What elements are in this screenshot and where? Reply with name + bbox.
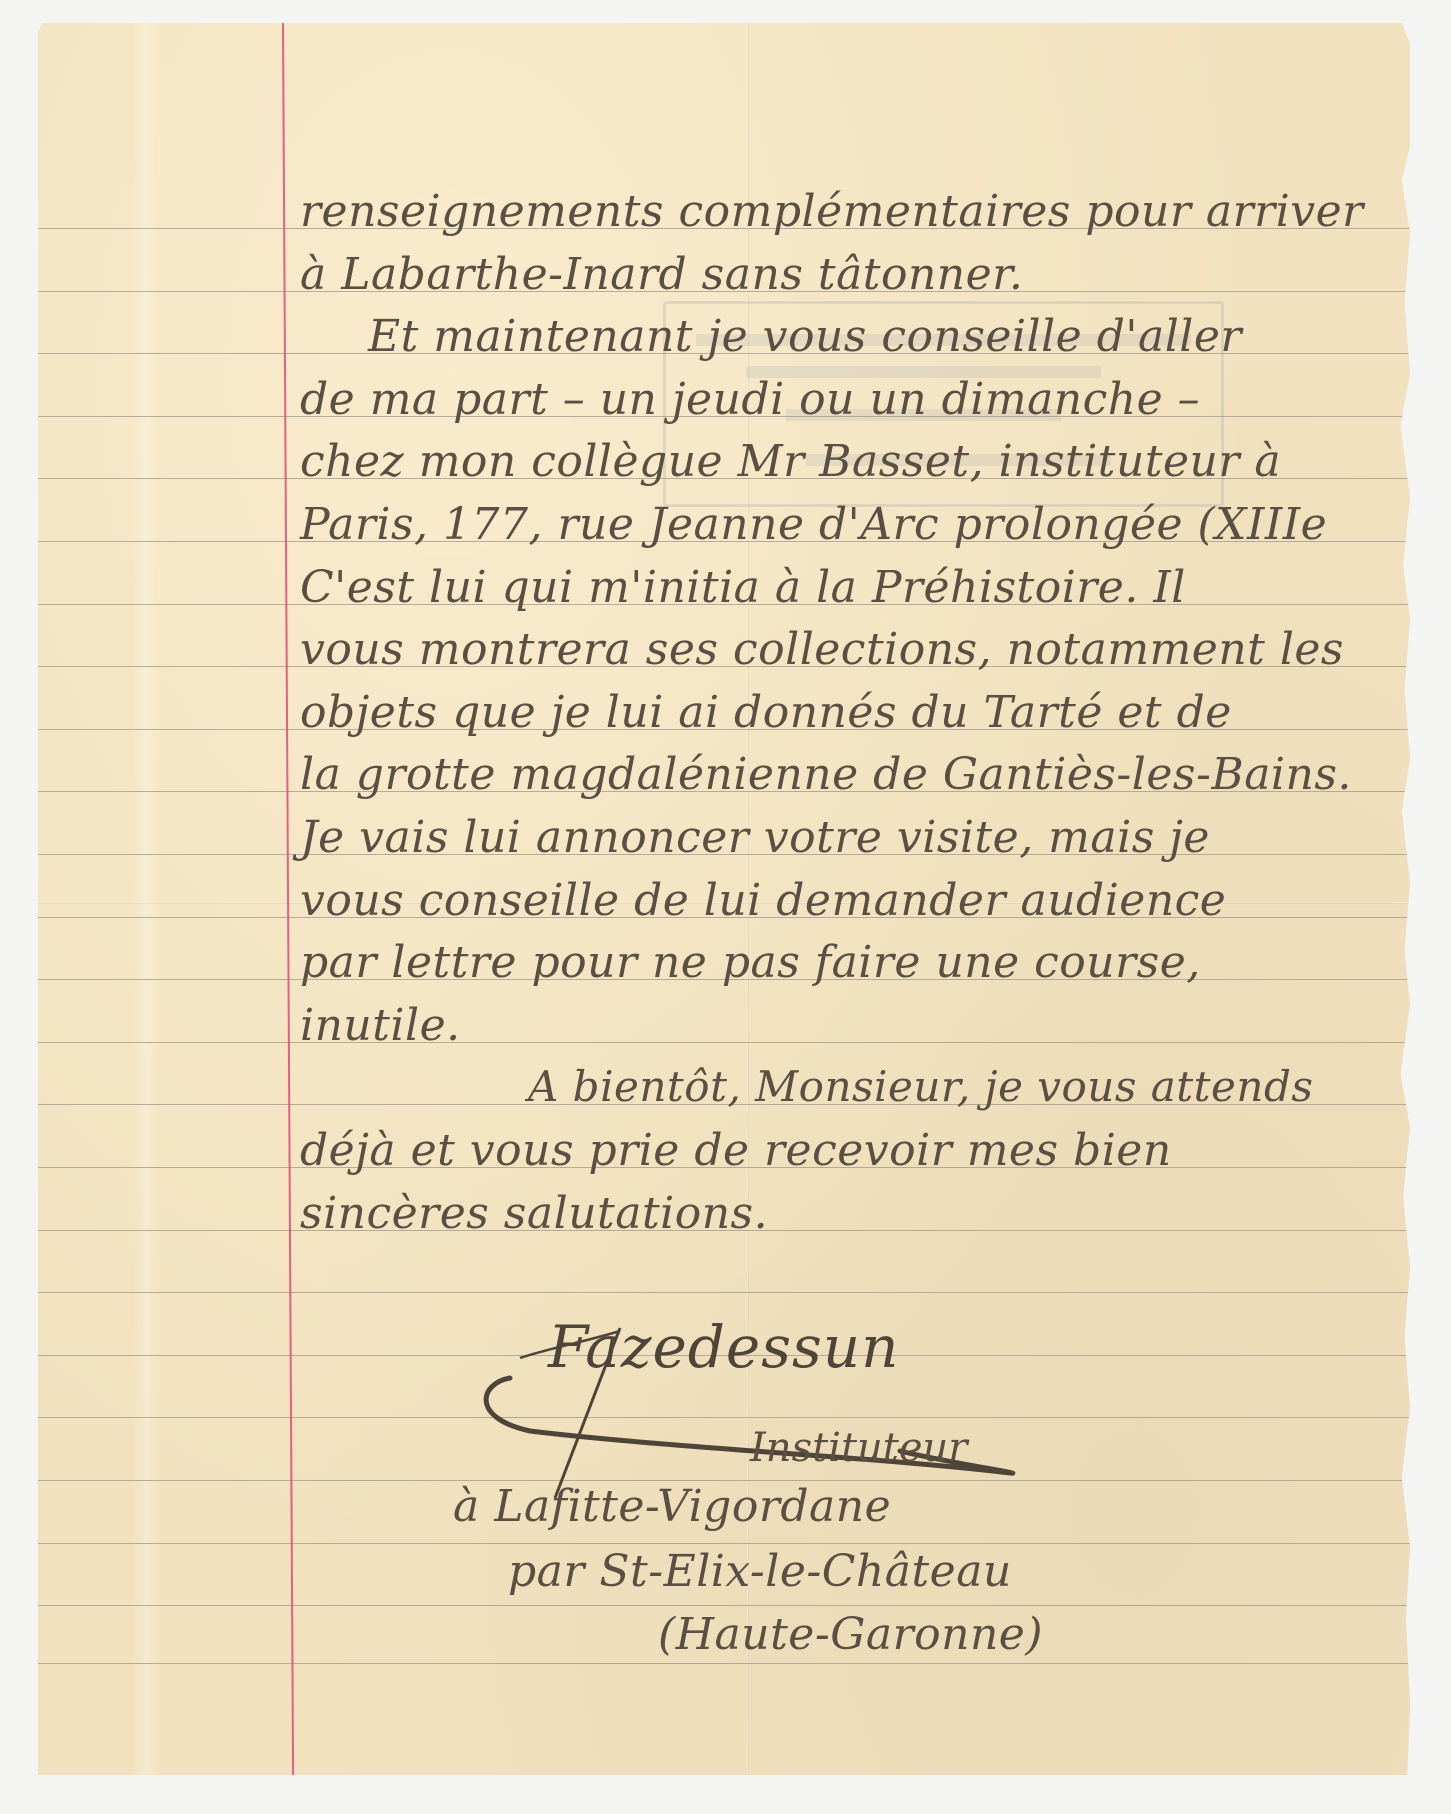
signature-title: Instituteur <box>750 1425 967 1471</box>
ruled-line <box>38 1042 1410 1043</box>
address-line-1: à Lafitte-Vigordane <box>453 1485 891 1529</box>
letter-line-11: Je vais lui annoncer votre visite, mais … <box>300 816 1210 860</box>
letter-line-2: à Labarthe-Inard sans tâtonner. <box>300 253 1023 297</box>
letter-line-8: vous montrera ses collections, notamment… <box>300 628 1344 672</box>
letter-line-1: renseignements complémentaires pour arri… <box>300 190 1364 234</box>
letter-line-9: objets que je lui ai donnés du Tarté et … <box>300 691 1232 735</box>
ruled-line <box>38 1605 1410 1606</box>
letter-line-12: vous conseille de lui demander audience <box>300 879 1226 923</box>
paper-crease <box>133 23 161 1775</box>
letter-line-6: Paris, 177, rue Jeanne d'Arc prolongée (… <box>300 503 1327 547</box>
letter-line-15: A bientôt, Monsieur, je vous attends <box>528 1066 1313 1108</box>
ruled-line <box>38 1663 1410 1664</box>
letter-line-16: déjà et vous prie de recevoir mes bien <box>300 1129 1172 1173</box>
address-line-2: par St-Elix-le-Château <box>508 1550 1012 1594</box>
letter-line-5: chez mon collègue Mr Basset, instituteur… <box>300 440 1281 484</box>
ruled-line <box>38 1543 1410 1544</box>
ruled-line <box>38 1417 1410 1418</box>
letter-line-17: sincères salutations. <box>300 1192 768 1236</box>
red-margin-line <box>282 23 294 1775</box>
address-line-3: (Haute-Garonne) <box>658 1613 1043 1657</box>
letter-line-4: de ma part – un jeudi ou un dimanche – <box>300 378 1200 422</box>
signature: Fazedessun <box>548 1318 899 1376</box>
letter-page: renseignements complémentaires pour arri… <box>38 23 1410 1775</box>
ruled-line <box>38 1292 1410 1293</box>
letter-line-14: inutile. <box>300 1004 461 1048</box>
letter-line-10: la grotte magdalénienne de Gantiès-les-B… <box>300 753 1352 797</box>
letter-line-7: C'est lui qui m'initia à la Préhistoire.… <box>300 566 1186 610</box>
letter-line-13: par lettre pour ne pas faire une course, <box>300 941 1201 985</box>
letter-line-3: Et maintenant je vous conseille d'aller <box>368 315 1242 359</box>
